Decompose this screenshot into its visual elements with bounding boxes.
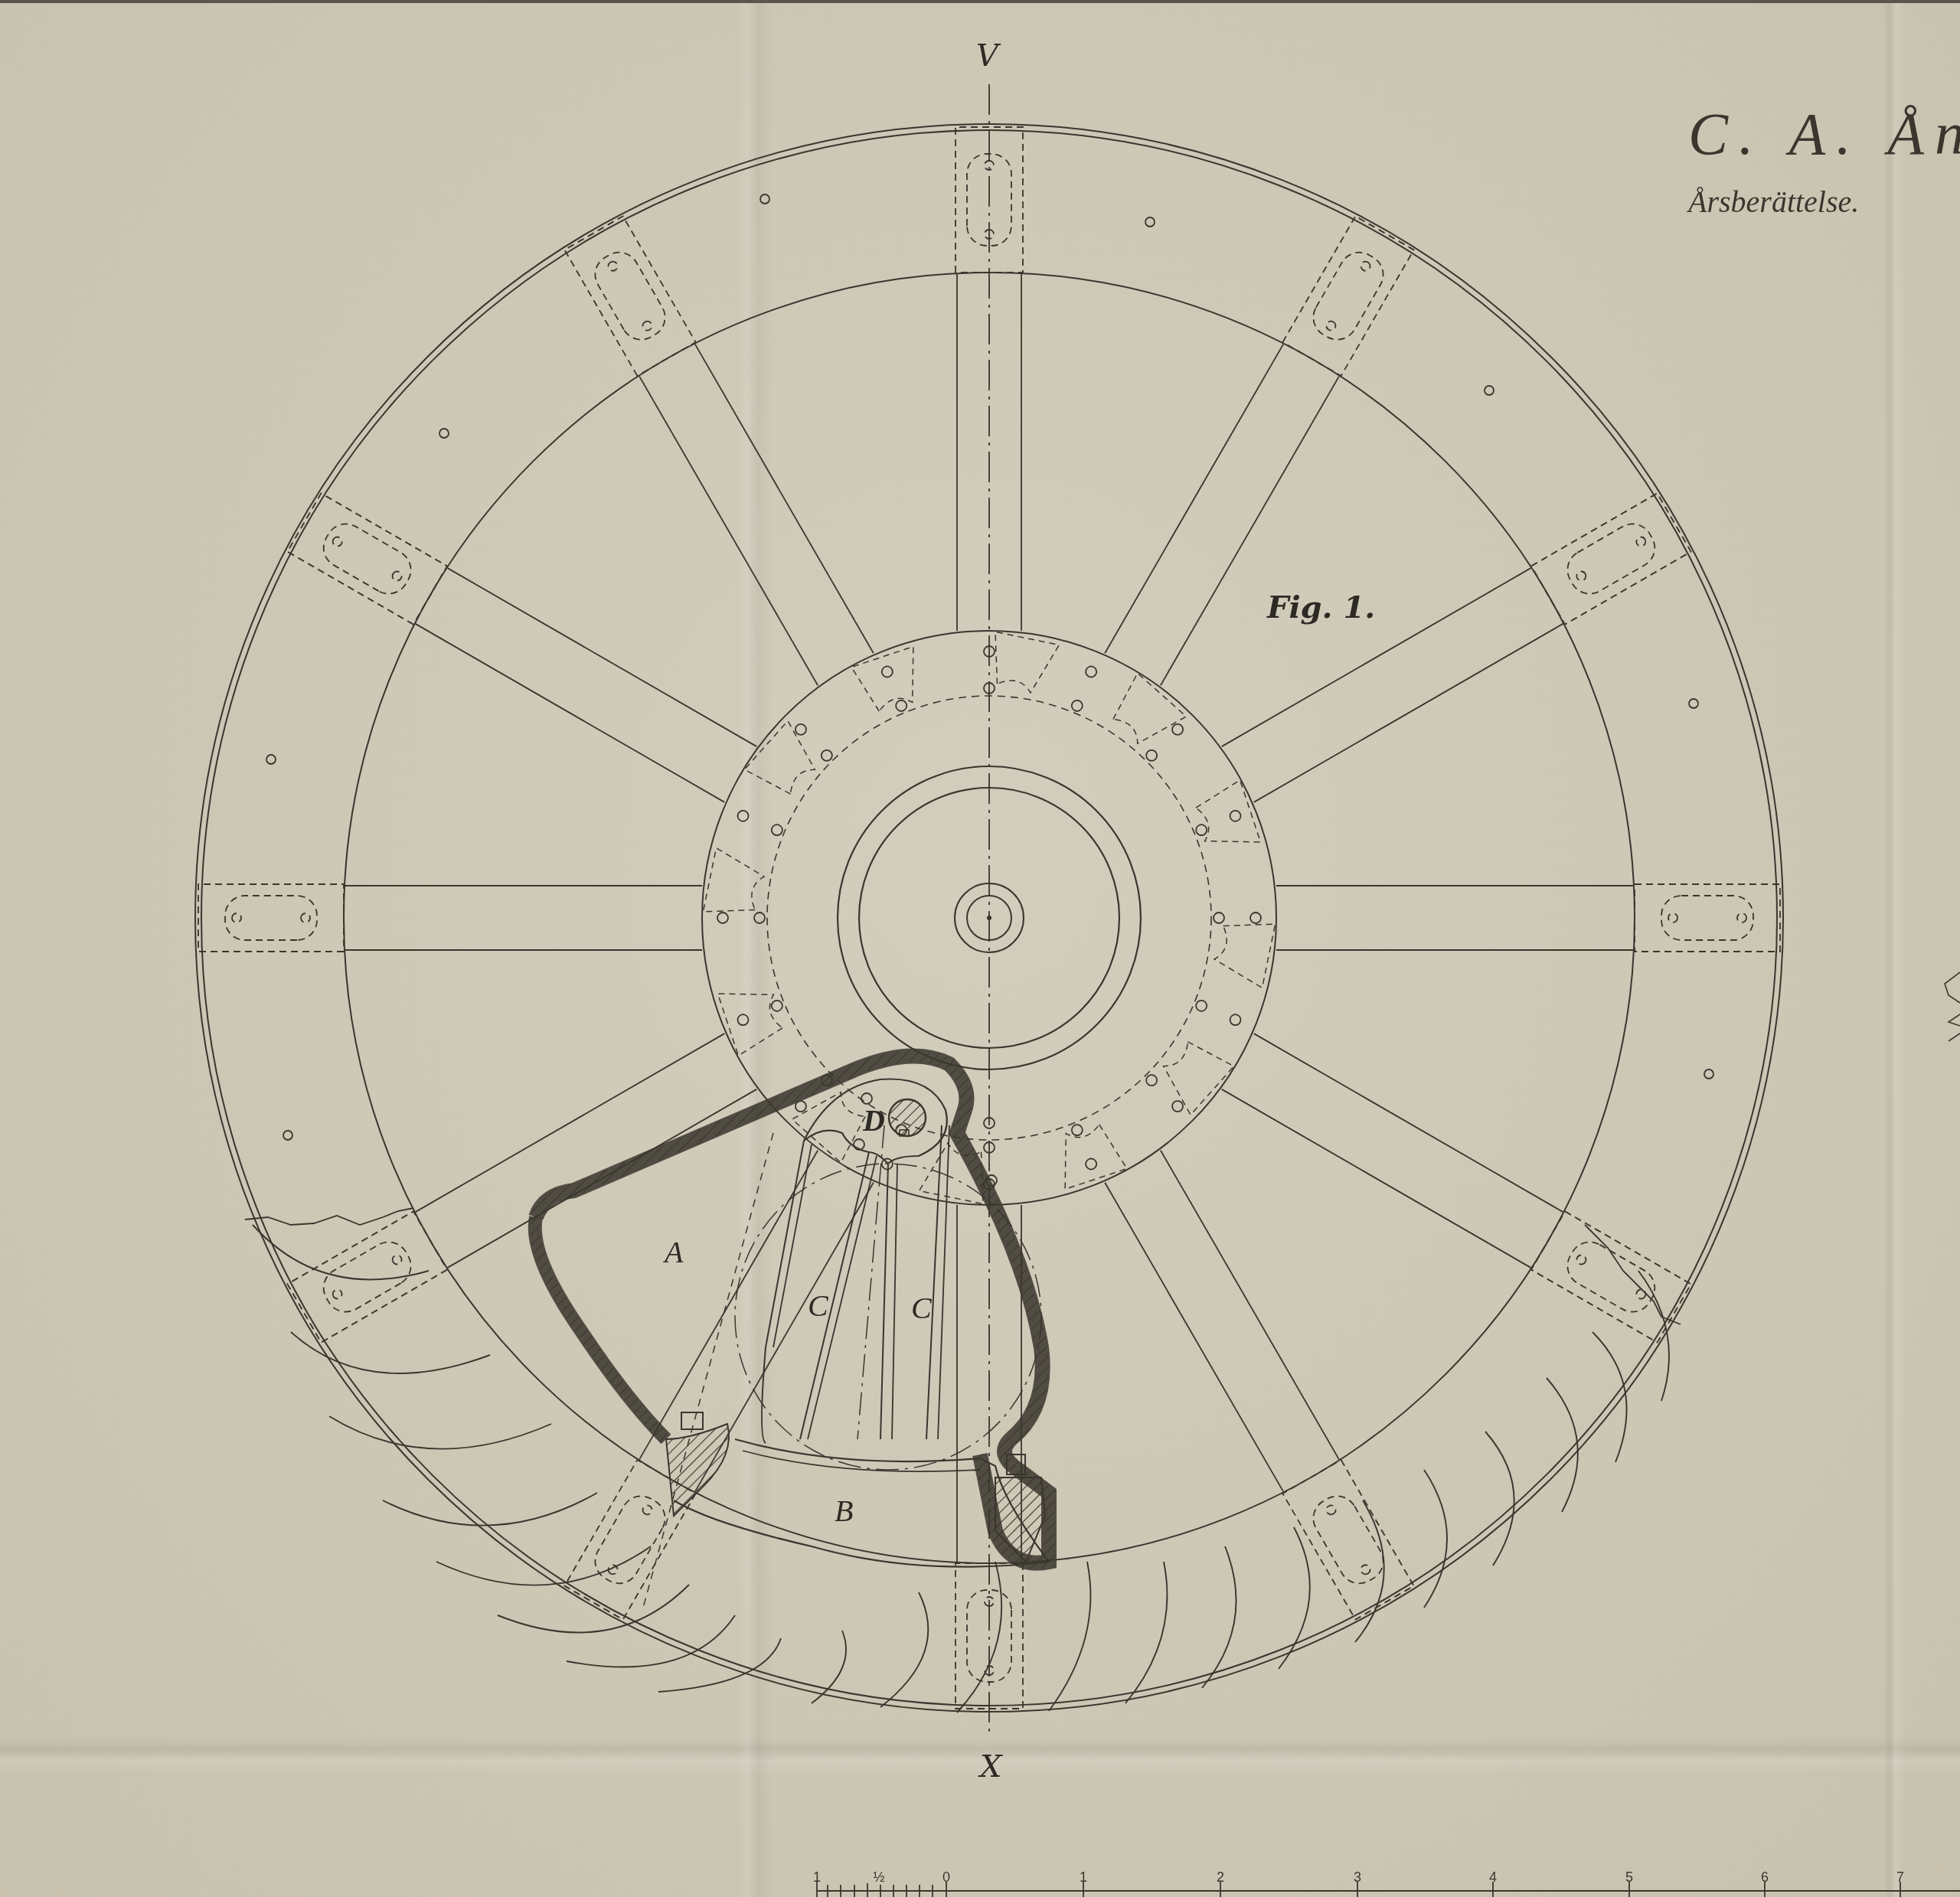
water-wheel-drawing [0, 0, 1960, 1897]
part-label-d: D [863, 1102, 885, 1138]
casing-section [535, 1056, 1049, 1563]
scale-label: 6 [1761, 1869, 1769, 1886]
scale-bar-graphic [817, 1882, 1960, 1897]
pivot-shaft [889, 1099, 926, 1136]
scale-label: 3 [1354, 1869, 1361, 1886]
scale-label: 7 [1896, 1869, 1904, 1886]
part-label-c-right: C [911, 1290, 932, 1326]
scale-label: 0 [942, 1869, 950, 1886]
scale-label: 5 [1625, 1869, 1633, 1886]
scale-label: 1 [1080, 1869, 1087, 1886]
scale-label: 4 [1489, 1869, 1497, 1886]
axis-label-bottom: X [980, 1749, 1001, 1784]
part-label-c-left: C [808, 1288, 828, 1324]
author-heading: C. A. Ång [1688, 100, 1960, 168]
right-edge-fragment [1945, 972, 1960, 1041]
figure-label: Fig. 1. [1267, 589, 1375, 625]
rim-holes [266, 194, 1713, 1140]
scale-label: ½ [873, 1869, 884, 1886]
torn-edge-left [245, 1208, 413, 1225]
scale-label: 1 [813, 1869, 821, 1886]
subtitle-heading: Årsberättelse. [1688, 184, 1859, 220]
axis-label-top: V [976, 38, 998, 73]
part-label-a: A [665, 1234, 683, 1270]
part-label-b: B [835, 1493, 853, 1529]
scale-label: 2 [1217, 1869, 1224, 1886]
buckets [253, 1225, 1669, 1713]
